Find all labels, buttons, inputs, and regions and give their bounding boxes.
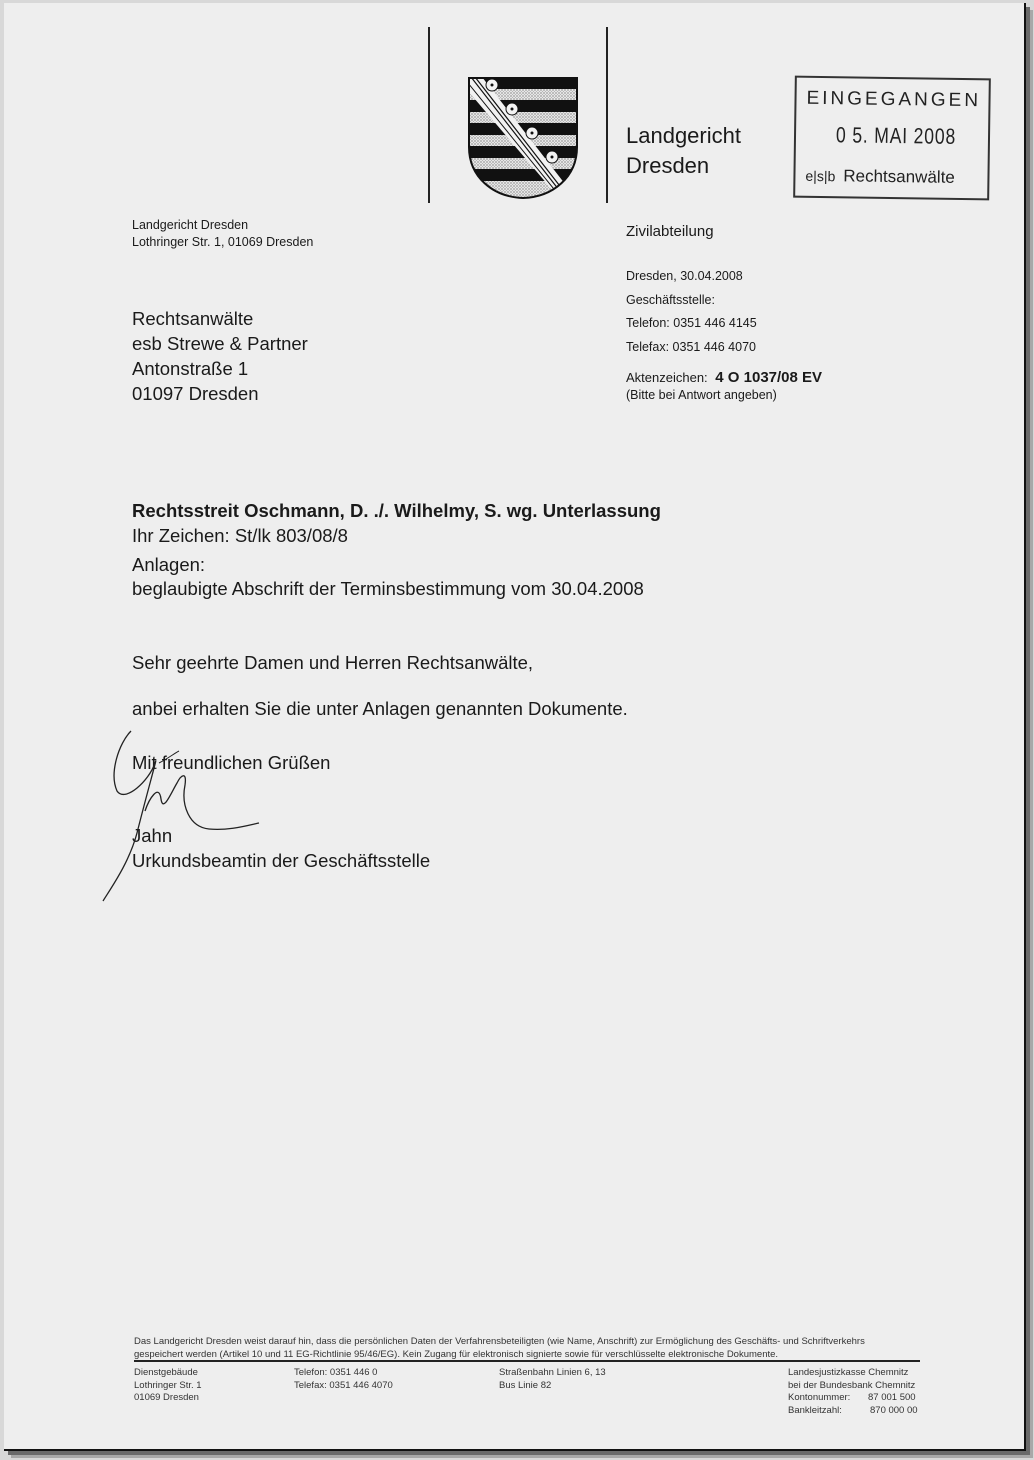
- letter-body: anbei erhalten Sie die unter Anlagen gen…: [132, 698, 628, 720]
- bank-line: bei der Bundesbank Chemnitz: [788, 1380, 918, 1393]
- sender-line: Lothringer Str. 1, 01069 Dresden: [132, 234, 313, 251]
- file-number-value: 4 O 1037/08 EV: [715, 369, 822, 386]
- recipient-line: 01097 Dresden: [132, 381, 308, 406]
- recipient-line: Rechtsanwälte: [132, 306, 308, 331]
- court-name-line2: Dresden: [626, 151, 741, 181]
- office-fax: Telefax: 0351 446 4070: [626, 336, 757, 360]
- attachments-label: Anlagen:: [132, 554, 205, 576]
- department: Zivilabteilung: [626, 223, 714, 240]
- bank-name: Landesjustizkasse Chemnitz: [788, 1367, 918, 1380]
- footer-bank: Landesjustizkasse Chemnitz bei der Bunde…: [788, 1367, 918, 1417]
- footer-building-line: Lothringer Str. 1: [134, 1380, 202, 1393]
- court-name: Landgericht Dresden: [626, 121, 741, 181]
- office-phone: Telefon: 0351 446 4145: [626, 312, 757, 336]
- bank-blz-row: Bankleitzahl:870 000 00: [788, 1405, 918, 1418]
- bank-account-row: Kontonummer:87 001 500: [788, 1392, 918, 1405]
- salutation: Sehr geehrte Damen und Herren Rechtsanwä…: [132, 652, 533, 674]
- signature-icon: [99, 723, 279, 913]
- footer-contact: Telefon: 0351 446 0 Telefax: 0351 446 40…: [294, 1367, 393, 1392]
- sender-address: Landgericht Dresden Lothringer Str. 1, 0…: [132, 217, 313, 251]
- stamp-firm-logo: e|s|b: [805, 168, 835, 184]
- stamp-firm-name: Rechtsanwälte: [843, 166, 955, 187]
- info-block: Dresden, 30.04.2008 Geschäftsstelle: Tel…: [626, 265, 757, 359]
- footer-bus: Bus Linie 82: [499, 1380, 606, 1393]
- letter-page: Landgericht Dresden EINGEGANGEN 0 5. MAI…: [4, 3, 1026, 1451]
- footer-building-line: Dienstgebäude: [134, 1367, 202, 1380]
- account-number: 87 001 500: [868, 1392, 916, 1405]
- footer-building: Dienstgebäude Lothringer Str. 1 01069 Dr…: [134, 1367, 202, 1405]
- file-number-label: Aktenzeichen:: [626, 370, 708, 385]
- stamp-label: EINGEGANGEN: [806, 88, 981, 112]
- letterhead-divider-right: [606, 27, 608, 203]
- file-number-hint: (Bitte bei Antwort angeben): [626, 388, 777, 402]
- letter-subject: Rechtsstreit Oschmann, D. ./. Wilhelmy, …: [132, 500, 661, 522]
- stamp-date: 0 5. MAI 2008: [836, 122, 956, 150]
- stamp-firm: e|s|bRechtsanwälte: [805, 166, 955, 188]
- account-label: Kontonummer:: [788, 1392, 868, 1405]
- footer-divider: [134, 1360, 920, 1362]
- court-name-line1: Landgericht: [626, 121, 741, 151]
- recipient-line: Antonstraße 1: [132, 356, 308, 381]
- footer-transit: Straßenbahn Linien 6, 13 Bus Linie 82: [499, 1367, 606, 1392]
- letterhead-divider-left: [428, 27, 430, 203]
- footer-fax: Telefax: 0351 446 4070: [294, 1380, 393, 1393]
- blz-number: 870 000 00: [870, 1405, 918, 1418]
- footer-building-line: 01069 Dresden: [134, 1392, 202, 1405]
- letter-date: Dresden, 30.04.2008: [626, 265, 757, 289]
- recipient-line: esb Strewe & Partner: [132, 331, 308, 356]
- reference: Ihr Zeichen: St/lk 803/08/8: [132, 525, 348, 547]
- file-number: Aktenzeichen: 4 O 1037/08 EV: [626, 369, 822, 386]
- privacy-note: Das Landgericht Dresden weist darauf hin…: [134, 1335, 865, 1361]
- office-label: Geschäftsstelle:: [626, 289, 757, 313]
- received-stamp: EINGEGANGEN 0 5. MAI 2008 e|s|bRechtsanw…: [793, 76, 991, 201]
- recipient-address: Rechtsanwälte esb Strewe & Partner Anton…: [132, 306, 308, 406]
- sender-line: Landgericht Dresden: [132, 217, 313, 234]
- coat-of-arms-icon: [468, 77, 578, 199]
- footer-phone: Telefon: 0351 446 0: [294, 1367, 393, 1380]
- privacy-note-line: Das Landgericht Dresden weist darauf hin…: [134, 1335, 865, 1348]
- footer-tram: Straßenbahn Linien 6, 13: [499, 1367, 606, 1380]
- attachments: beglaubigte Abschrift der Terminsbestimm…: [132, 578, 644, 600]
- blz-label: Bankleitzahl:: [788, 1405, 870, 1418]
